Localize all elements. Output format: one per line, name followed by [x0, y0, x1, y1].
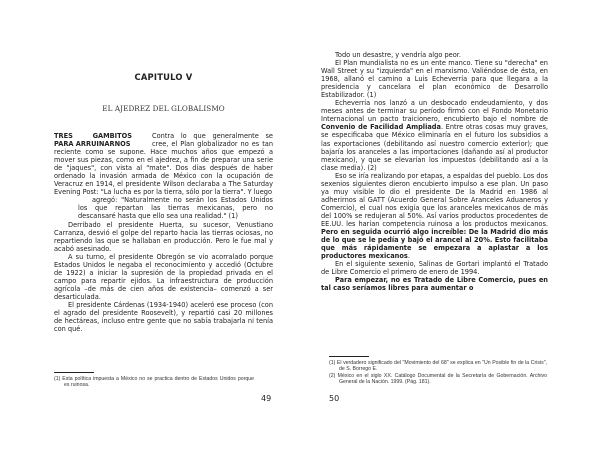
paragraph: Derribado el presidente Huerta, su suces… — [54, 221, 273, 253]
paragraph: El Plan mundialista no es un ente manco.… — [321, 59, 548, 99]
block-quote: agregó: "Naturalmente no serán los Estad… — [54, 196, 273, 220]
paragraph: A su turno, el presidente Obregón se vio… — [54, 253, 273, 301]
footnote: (1) El verdadero significado del "Movimi… — [329, 360, 547, 373]
paragraph: Eso se iría realizando por etapas, a esp… — [321, 172, 548, 261]
emphasis-text: Convenio de Facilidad Ampliada — [321, 123, 441, 131]
chapter-heading: CAPITULO V — [54, 72, 273, 82]
footnote: (2) México en el siglo XX. Catálogo Docu… — [329, 373, 547, 386]
emphasis-text: Para empezar, no es Tratado de Libre Com… — [321, 276, 548, 292]
left-body-text: TRES GAMBITOS PARA ARRUINARNOS Contra lo… — [54, 132, 273, 333]
chapter-subtitle: EL AJEDREZ DEL GLOBALISMO — [54, 104, 273, 113]
page-number: 49 — [261, 394, 271, 403]
right-body-text: Todo un desastre, y vendría algo peor. E… — [321, 51, 548, 292]
left-page: CAPITULO V EL AJEDREZ DEL GLOBALISMO TRE… — [54, 0, 273, 449]
footnotes: (1) El verdadero significado del "Movimi… — [329, 360, 547, 386]
right-page: Todo un desastre, y vendría algo peor. E… — [321, 0, 548, 449]
paragraph: Para empezar, no es Tratado de Libre Com… — [321, 276, 548, 292]
paragraph: En el siguiente sexenio, Salinas de Gort… — [321, 260, 548, 276]
page-number: 50 — [329, 394, 339, 403]
paragraph: Echeverría nos lanzó a un desbocado ende… — [321, 99, 548, 171]
paragraph: El presidente Cárdenas (1934-1940) acele… — [54, 301, 273, 333]
emphasis-text: Pero en seguida ocurrió algo increíble: … — [321, 228, 548, 260]
paragraph: Todo un desastre, y vendría algo peor. — [321, 51, 548, 59]
footnote-rule — [54, 372, 94, 373]
footnotes: (1) Esta política impuesta a México no s… — [54, 376, 254, 389]
footnote: (1) Esta política impuesta a México no s… — [54, 376, 254, 389]
footnote-rule — [329, 356, 369, 357]
section-sidehead: TRES GAMBITOS PARA ARRUINARNOS — [54, 132, 132, 148]
